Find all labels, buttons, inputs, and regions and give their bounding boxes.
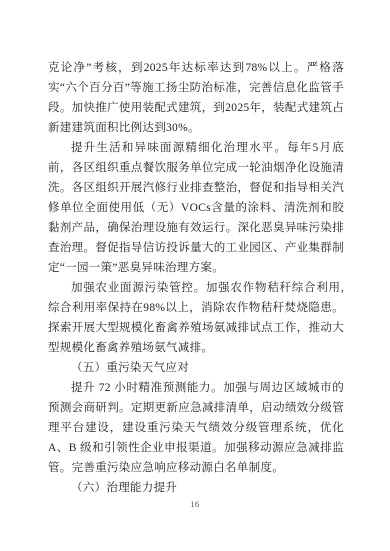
section-heading-5-heavy-pollution-weather: （五）重污染天气应对 [48,358,344,378]
section-heading-6-governance-capability: （六）治理能力提升 [48,478,344,498]
document-page: 克论净”考核，到2025年达标率达到78%以上。严格落实“六个百分百”等施工扬尘… [0,0,390,551]
page-number: 16 [0,500,390,509]
paragraph-dust-control: 克论净”考核，到2025年达标率达到78%以上。严格落实“六个百分百”等施工扬尘… [48,58,344,138]
paragraph-agricultural-pollution: 加强农业面源污染管控。加强农作物秸秆综合利用,综合利用率保持在98%以上，消除农… [48,278,344,358]
document-body: 克论净”考核，到2025年达标率达到78%以上。严格落实“六个百分百”等施工扬尘… [48,58,344,498]
paragraph-forecast-emergency-response: 提升 72 小时精准预测能力。加强与周边区域城市的预测会商研判。定期更新应急减排… [48,378,344,478]
paragraph-odor-source-control: 提升生活和异味面源精细化治理水平。每年5月底前，各区组织重点餐饮服务单位完成一轮… [48,138,344,278]
